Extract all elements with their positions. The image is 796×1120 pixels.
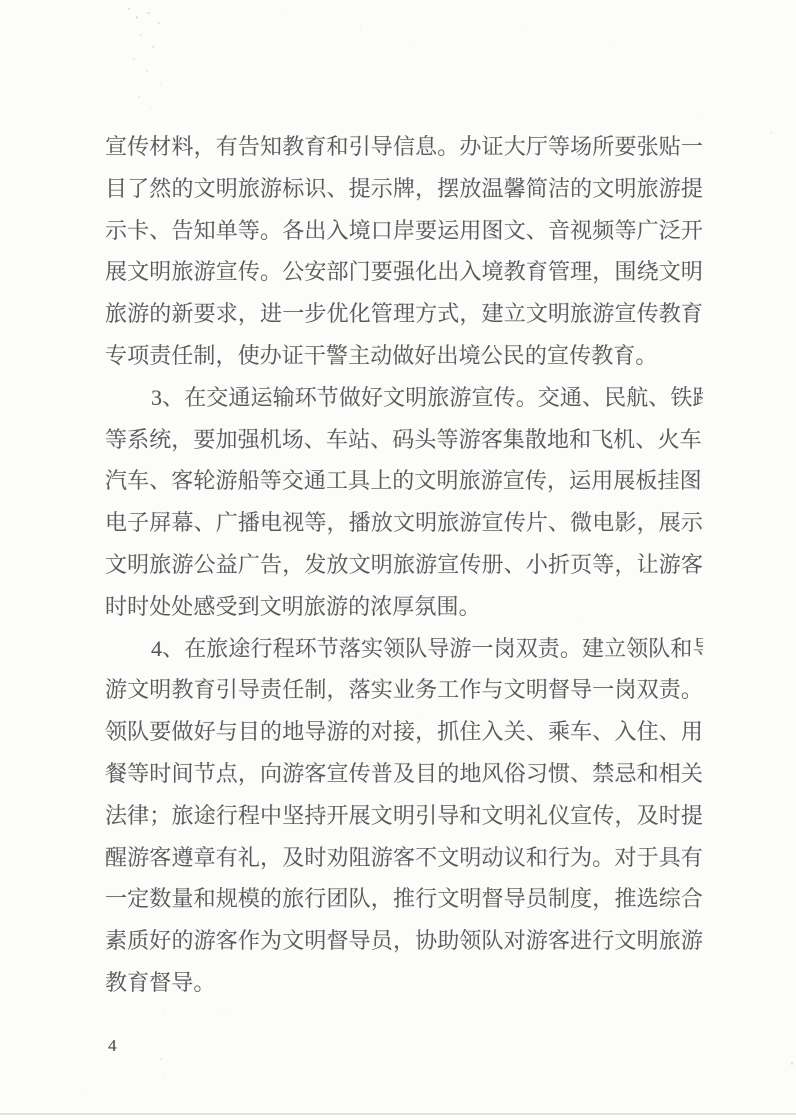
text-line: 专项责任制，使办证干警主动做好出境公民的宣传教育。 — [105, 335, 703, 377]
text-line: 宣传材料，有告知教育和引导信息。办证大厅等场所要张贴一 — [105, 126, 703, 168]
page-number: 4 — [108, 1035, 117, 1057]
text-line: 3、在交通运输环节做好文明旅游宣传。交通、民航、铁路 — [105, 377, 703, 419]
document-body: 宣传材料，有告知教育和引导信息。办证大厅等场所要张贴一目了然的文明旅游标识、提示… — [105, 126, 703, 1004]
text-line: 电子屏幕、广播电视等，播放文明旅游宣传片、微电影，展示 — [105, 502, 703, 544]
text-line: 旅游的新要求，进一步优化管理方式，建立文明旅游宣传教育 — [105, 293, 703, 335]
text-line: 目了然的文明旅游标识、提示牌，摆放温馨简洁的文明旅游提 — [105, 168, 703, 210]
document-page: 宣传材料，有告知教育和引导信息。办证大厅等场所要张贴一目了然的文明旅游标识、提示… — [0, 0, 796, 1120]
text-line: 一定数量和规模的旅行团队，推行文明督导员制度，推选综合 — [105, 878, 703, 920]
text-line: 餐等时间节点，向游客宣传普及目的地风俗习惯、禁忌和相关 — [105, 753, 703, 795]
text-line: 文明旅游公益广告，发放文明旅游宣传册、小折页等，让游客 — [105, 544, 703, 586]
text-line: 时时处处感受到文明旅游的浓厚氛围。 — [105, 586, 703, 628]
text-line: 等系统，要加强机场、车站、码头等游客集散地和飞机、火车、 — [105, 419, 703, 461]
text-line: 示卡、告知单等。各出入境口岸要运用图文、音视频等广泛开 — [105, 210, 703, 252]
text-line: 游文明教育引导责任制，落实业务工作与文明督导一岗双责。 — [105, 669, 703, 711]
text-line: 展文明旅游宣传。公安部门要强化出入境教育管理，围绕文明 — [105, 251, 703, 293]
text-line: 4、在旅途行程环节落实领队导游一岗双责。建立领队和导 — [105, 628, 703, 670]
text-line: 素质好的游客作为文明督导员，协助领队对游客进行文明旅游 — [105, 920, 703, 962]
text-line: 醒游客遵章有礼，及时劝阻游客不文明动议和行为。对于具有 — [105, 837, 703, 879]
text-line: 汽车、客轮游船等交通工具上的文明旅游宣传，运用展板挂图、 — [105, 460, 703, 502]
text-line: 教育督导。 — [105, 962, 703, 1004]
scanner-background — [0, 1115, 796, 1120]
text-line: 领队要做好与目的地导游的对接，抓住入关、乘车、入住、用 — [105, 711, 703, 753]
text-line: 法律；旅途行程中坚持开展文明引导和文明礼仪宣传，及时提 — [105, 795, 703, 837]
